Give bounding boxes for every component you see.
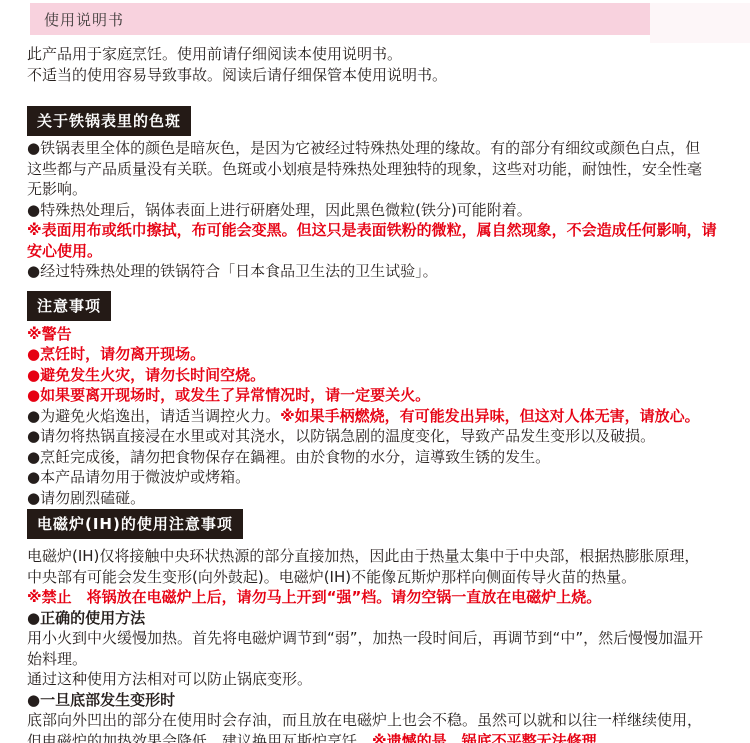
text-line: ●避免发生火灾，请勿长时间空烧。 bbox=[27, 365, 725, 386]
text-segment: ●经过特殊热处理的铁锅符合「日本食品卫生法的卫生试验」。 bbox=[27, 262, 438, 280]
text-segment: 始料理。 bbox=[27, 650, 87, 668]
text-segment: 安心使用。 bbox=[27, 242, 102, 260]
page-corner-tint bbox=[650, 3, 750, 43]
text-segment: ●烹饪时，请勿离开现场。 bbox=[27, 345, 205, 363]
text-line: ※表面用布或纸巾擦拭，布可能会变黑。但这只是表面铁粉的微粒，属自然现象，不会造成… bbox=[27, 220, 725, 241]
text-segment: ●正确的使用方法 bbox=[27, 609, 145, 627]
text-line: 底部向外凹出的部分在使用时会存油，而且放在电磁炉上也会不稳。虽然可以就和以往一样… bbox=[27, 710, 725, 731]
text-line: ●如果要离开现场时，或发生了异常情况时，请一定要关火。 bbox=[27, 385, 725, 406]
text-segment: ●一旦底部发生变形时 bbox=[27, 691, 175, 709]
text-line: 这些都与产品质量没有关联。色斑或小划痕是特殊热处理独特的现象，这些对功能，耐蚀性… bbox=[27, 159, 725, 180]
text-segment: ●请勿将热锅直接浸在水里或对其浇水，以防锅急剧的温度变化，导致产品发生变形以及破… bbox=[27, 427, 655, 445]
text-line: 但电磁炉的加热效果会降低，建议换用瓦斯炉烹饪。※遗憾的是，锅底不平整无法修理。 bbox=[27, 731, 725, 743]
text-line: ●正确的使用方法 bbox=[27, 608, 725, 629]
text-segment: ※遗憾的是，锅底不平整无法修理。 bbox=[372, 732, 612, 743]
text-line: ●经过特殊热处理的铁锅符合「日本食品卫生法的卫生试验」。 bbox=[27, 261, 725, 282]
section: 注意事项※警告●烹饪时，请勿离开现场。●避免发生火灾，请勿长时间空烧。●如果要离… bbox=[27, 291, 725, 509]
text-segment: ●为避免火焰逸出，请适当调控火力。 bbox=[27, 407, 280, 425]
text-segment: ●如果要离开现场时，或发生了异常情况时，请一定要关火。 bbox=[27, 386, 430, 404]
text-line: ●烹饪时，请勿离开现场。 bbox=[27, 344, 725, 365]
text-segment: ●铁锅表里全体的颜色是暗灰色，是因为它被经过特殊热处理的缘故。有的部分有细纹或颜… bbox=[27, 139, 700, 157]
text-line: ●一旦底部发生变形时 bbox=[27, 690, 725, 711]
sections-container: 关于铁锅表里的色斑●铁锅表里全体的颜色是暗灰色，是因为它被经过特殊热处理的缘故。… bbox=[27, 106, 725, 743]
text-segment: 电磁炉(IH)仅将接触中央环状热源的部分直接加热，因此由于热量太集中于中央部，根… bbox=[27, 547, 699, 565]
text-segment: ※警告 bbox=[27, 325, 72, 343]
text-segment: ●请勿剧烈磕碰。 bbox=[27, 489, 145, 507]
text-line: ●特殊热处理后，锅体表面上进行研磨处理，因此黑色微粒(铁分)可能附着。 bbox=[27, 200, 725, 221]
section: 关于铁锅表里的色斑●铁锅表里全体的颜色是暗灰色，是因为它被经过特殊热处理的缘故。… bbox=[27, 106, 725, 282]
section-header: 电磁炉(IH)的使用注意事项 bbox=[27, 509, 243, 539]
section-body: ※警告●烹饪时，请勿离开现场。●避免发生火灾，请勿长时间空烧。●如果要离开现场时… bbox=[27, 324, 725, 509]
title-bar: 使用说明书 bbox=[30, 3, 650, 35]
text-line: 中央部有可能会发生变形(向外鼓起)。电磁炉(IH)不能像瓦斯炉那样向侧面传导火苗… bbox=[27, 567, 725, 588]
text-line: 用小火到中火缓慢加热。首先将电磁炉调节到“弱”，加热一段时间后，再调节到“中”，… bbox=[27, 628, 725, 649]
section-header: 注意事项 bbox=[27, 291, 111, 321]
section-header: 关于铁锅表里的色斑 bbox=[27, 106, 191, 136]
section-body: 电磁炉(IH)仅将接触中央环状热源的部分直接加热，因此由于热量太集中于中央部，根… bbox=[27, 546, 725, 743]
text-segment: ●特殊热处理后，锅体表面上进行研磨处理，因此黑色微粒(铁分)可能附着。 bbox=[27, 201, 532, 219]
text-line: ●为避免火焰逸出，请适当调控火力。※如果手柄燃烧，有可能发出异味，但这对人体无害… bbox=[27, 406, 725, 427]
text-line: 安心使用。 bbox=[27, 241, 725, 262]
text-segment: 中央部有可能会发生变形(向外鼓起)。电磁炉(IH)不能像瓦斯炉那样向侧面传导火苗… bbox=[27, 568, 636, 586]
text-segment: 通过这种使用方法相对可以防止锅底变形。 bbox=[27, 670, 312, 688]
text-line: ●烹飪完成後，請勿把食物保存在鍋裡。由於食物的水分，這導致生锈的发生。 bbox=[27, 447, 725, 468]
section: 电磁炉(IH)的使用注意事项电磁炉(IH)仅将接触中央环状热源的部分直接加热，因… bbox=[27, 509, 725, 743]
text-line: 电磁炉(IH)仅将接触中央环状热源的部分直接加热，因此由于热量太集中于中央部，根… bbox=[27, 546, 725, 567]
text-segment: ※如果手柄燃烧，有可能发出异味，但这对人体无害，请放心。 bbox=[280, 407, 700, 425]
text-segment: 但电磁炉的加热效果会降低，建议换用瓦斯炉烹饪。 bbox=[27, 732, 372, 743]
text-line: ●铁锅表里全体的颜色是暗灰色，是因为它被经过特殊热处理的缘故。有的部分有细纹或颜… bbox=[27, 138, 725, 159]
text-line: 无影响。 bbox=[27, 179, 725, 200]
text-segment: 无影响。 bbox=[27, 180, 87, 198]
document-content: 此产品用于家庭烹饪。使用前请仔细阅读本使用说明书。不适当的使用容易导致事故。阅读… bbox=[0, 44, 750, 743]
text-line: 始料理。 bbox=[27, 649, 725, 670]
instruction-manual-page: 使用说明书 此产品用于家庭烹饪。使用前请仔细阅读本使用说明书。不适当的使用容易导… bbox=[0, 3, 750, 743]
text-line: ●本产品请勿用于微波炉或烤箱。 bbox=[27, 467, 725, 488]
text-line: ●请勿将热锅直接浸在水里或对其浇水，以防锅急剧的温度变化，导致产品发生变形以及破… bbox=[27, 426, 725, 447]
text-line: ※警告 bbox=[27, 324, 725, 345]
intro-line: 不适当的使用容易导致事故。阅读后请仔细保管本使用说明书。 bbox=[27, 65, 725, 86]
text-segment: 用小火到中火缓慢加热。首先将电磁炉调节到“弱”，加热一段时间后，再调节到“中”，… bbox=[27, 629, 703, 647]
text-line: 通过这种使用方法相对可以防止锅底变形。 bbox=[27, 669, 725, 690]
text-line: ※禁止 将锅放在电磁炉上后，请勿马上开到“强”档。请勿空锅一直放在电磁炉上烧。 bbox=[27, 587, 725, 608]
intro-paragraph: 此产品用于家庭烹饪。使用前请仔细阅读本使用说明书。不适当的使用容易导致事故。阅读… bbox=[27, 44, 725, 85]
text-segment: 这些都与产品质量没有关联。色斑或小划痕是特殊热处理独特的现象，这些对功能，耐蚀性… bbox=[27, 160, 702, 178]
text-line: ●请勿剧烈磕碰。 bbox=[27, 488, 725, 509]
text-segment: ●避免发生火灾，请勿长时间空烧。 bbox=[27, 366, 265, 384]
text-segment: 底部向外凹出的部分在使用时会存油，而且放在电磁炉上也会不稳。虽然可以就和以往一样… bbox=[27, 711, 702, 729]
text-segment: ●本产品请勿用于微波炉或烤箱。 bbox=[27, 468, 250, 486]
text-segment: ※表面用布或纸巾擦拭，布可能会变黑。但这只是表面铁粉的微粒，属自然现象，不会造成… bbox=[27, 221, 717, 239]
text-segment: ※禁止 将锅放在电磁炉上后，请勿马上开到“强”档。请勿空锅一直放在电磁炉上烧。 bbox=[27, 588, 601, 606]
text-segment: ●烹飪完成後，請勿把食物保存在鍋裡。由於食物的水分，這導致生锈的发生。 bbox=[27, 448, 550, 466]
page-title: 使用说明书 bbox=[44, 9, 124, 30]
intro-line: 此产品用于家庭烹饪。使用前请仔细阅读本使用说明书。 bbox=[27, 44, 725, 65]
section-body: ●铁锅表里全体的颜色是暗灰色，是因为它被经过特殊热处理的缘故。有的部分有细纹或颜… bbox=[27, 138, 725, 282]
